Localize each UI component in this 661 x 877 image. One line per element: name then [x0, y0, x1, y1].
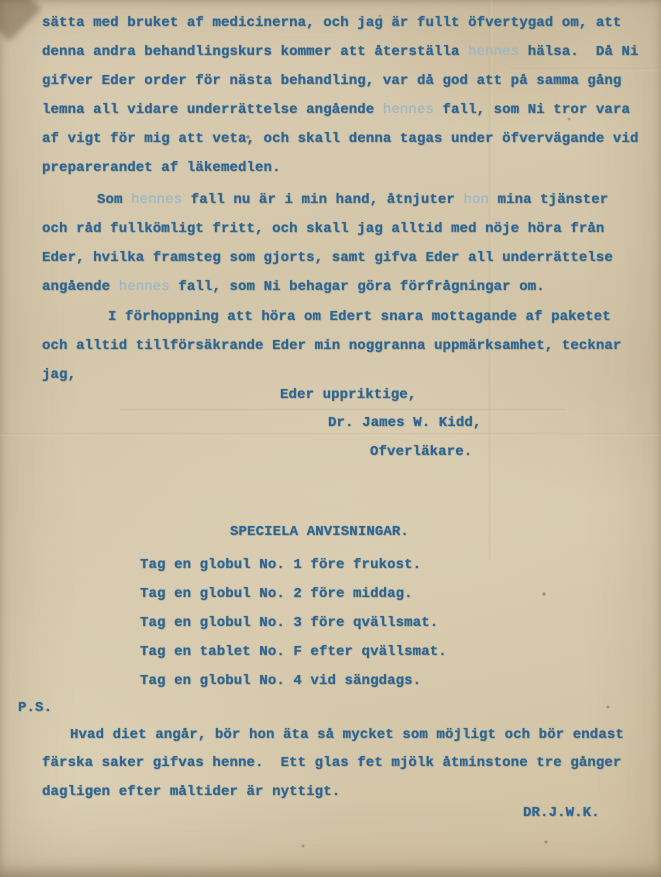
text-segment: gifver Eder order för nästa behandling, … — [42, 73, 621, 89]
text-segment: dagligen efter måltider är nyttigt. — [42, 784, 340, 800]
text-segment: Tag en tablet No. F efter qvällsmat. — [140, 644, 447, 660]
text-segment: P.S. — [18, 700, 52, 716]
section-heading: SPECIELA ANVISNINGAR. — [230, 525, 409, 540]
corner-fold-shadow — [0, 0, 42, 42]
inserted-word: hon — [463, 192, 489, 208]
text-segment: mina tjänster — [489, 192, 608, 208]
body-line: angående hennes fall, som Ni behagar gör… — [42, 280, 545, 295]
text-segment: Ofverläkare. — [370, 444, 472, 460]
text-segment: Dr. James W. Kidd, — [328, 415, 481, 431]
body-line: Eder, hvilka framsteg som gjorts, samt g… — [42, 251, 613, 266]
text-segment: Tag en globul No. 1 före frukost. — [140, 557, 421, 573]
text-segment: Eder, hvilka framsteg som gjorts, samt g… — [42, 250, 613, 266]
text-segment: Som — [97, 192, 131, 208]
body-line: jag, — [42, 368, 76, 383]
horizontal-fold-crease — [510, 68, 661, 71]
text-segment: Tag en globul No. 2 före middag. — [140, 586, 413, 602]
instruction-line: Tag en globul No. 1 före frukost. — [140, 558, 421, 573]
inserted-word: hennes — [131, 192, 182, 208]
body-line: preparerandet af läkemedlen. — [42, 161, 281, 176]
text-segment: Tag en globul No. 3 före qvällsmat. — [140, 615, 438, 631]
horizontal-fold-crease — [0, 433, 661, 436]
text-segment: fall nu är i min hand, åtnjuter — [182, 192, 463, 208]
text-segment: Hvad diet angår, bör hon äta så mycket s… — [70, 727, 624, 743]
instruction-line: Tag en tablet No. F efter qvällsmat. — [140, 645, 447, 660]
text-segment: Tag en globul No. 4 vid sängdags. — [140, 673, 421, 689]
postscript-line: färska saker gifvas henne. Ett glas fet … — [42, 756, 621, 771]
text-segment: lemna all vidare underrättelse angående — [42, 102, 383, 118]
letter-page: sätta med bruket af medicinerna, och jag… — [0, 0, 661, 877]
text-segment: angående — [42, 279, 119, 295]
text-segment: och råd fullkömligt fritt, och skall jag… — [42, 221, 604, 237]
inserted-word: hennes — [383, 102, 434, 118]
instruction-line: Tag en globul No. 3 före qvällsmat. — [140, 616, 438, 631]
postscript-line: Hvad diet angår, bör hon äta så mycket s… — [70, 728, 624, 743]
text-segment: SPECIELA ANVISNINGAR. — [230, 524, 409, 540]
postscript-line: dagligen efter måltider är nyttigt. — [42, 785, 340, 800]
signature-name: Dr. James W. Kidd, — [328, 416, 481, 431]
body-line: sätta med bruket af medicinerna, och jag… — [42, 16, 621, 31]
paper-specks — [0, 0, 2, 2]
signature-initials: DR.J.W.K. — [523, 806, 600, 821]
text-segment: sätta med bruket af medicinerna, och jag… — [42, 15, 621, 31]
body-line: och råd fullkömligt fritt, och skall jag… — [42, 222, 604, 237]
text-segment: och alltid tillförsäkrande Eder min nogg… — [42, 338, 621, 354]
text-segment: jag, — [42, 367, 76, 383]
text-segment: fall, som Ni tror vara — [434, 102, 630, 118]
horizontal-fold-crease — [120, 409, 565, 412]
instruction-line: Tag en globul No. 2 före middag. — [140, 587, 413, 602]
text-segment: I förhoppning att höra om Edert snara mo… — [108, 309, 611, 325]
body-line: och alltid tillförsäkrande Eder min nogg… — [42, 339, 621, 354]
closing-salutation: Eder uppriktige, — [280, 388, 416, 403]
inserted-word: hennes — [119, 279, 170, 295]
inserted-word: hennes — [468, 44, 519, 60]
body-line: I förhoppning att höra om Edert snara mo… — [108, 310, 611, 325]
instruction-line: Tag en globul No. 4 vid sängdags. — [140, 674, 421, 689]
body-line: Som hennes fall nu är i min hand, åtnjut… — [97, 193, 608, 208]
body-line: denna andra behandlingskurs kommer att å… — [42, 45, 639, 60]
body-line: gifver Eder order för nästa behandling, … — [42, 74, 621, 89]
signature-title: Ofverläkare. — [370, 445, 472, 460]
text-segment: preparerandet af läkemedlen. — [42, 160, 281, 176]
postscript-label: P.S. — [18, 701, 52, 716]
text-segment: färska saker gifvas henne. Ett glas fet … — [42, 755, 621, 771]
text-segment: af vigt för mig att veta, och skall denn… — [42, 131, 639, 147]
text-segment: Eder uppriktige, — [280, 387, 416, 403]
body-line: lemna all vidare underrättelse angående … — [42, 103, 630, 118]
text-segment: hälsa. Då Ni — [519, 44, 638, 60]
body-line: af vigt för mig att veta, och skall denn… — [42, 132, 639, 147]
text-segment: fall, som Ni behagar göra förfrågningar … — [170, 279, 545, 295]
text-segment: denna andra behandlingskurs kommer att å… — [42, 44, 468, 60]
text-segment: DR.J.W.K. — [523, 805, 600, 821]
